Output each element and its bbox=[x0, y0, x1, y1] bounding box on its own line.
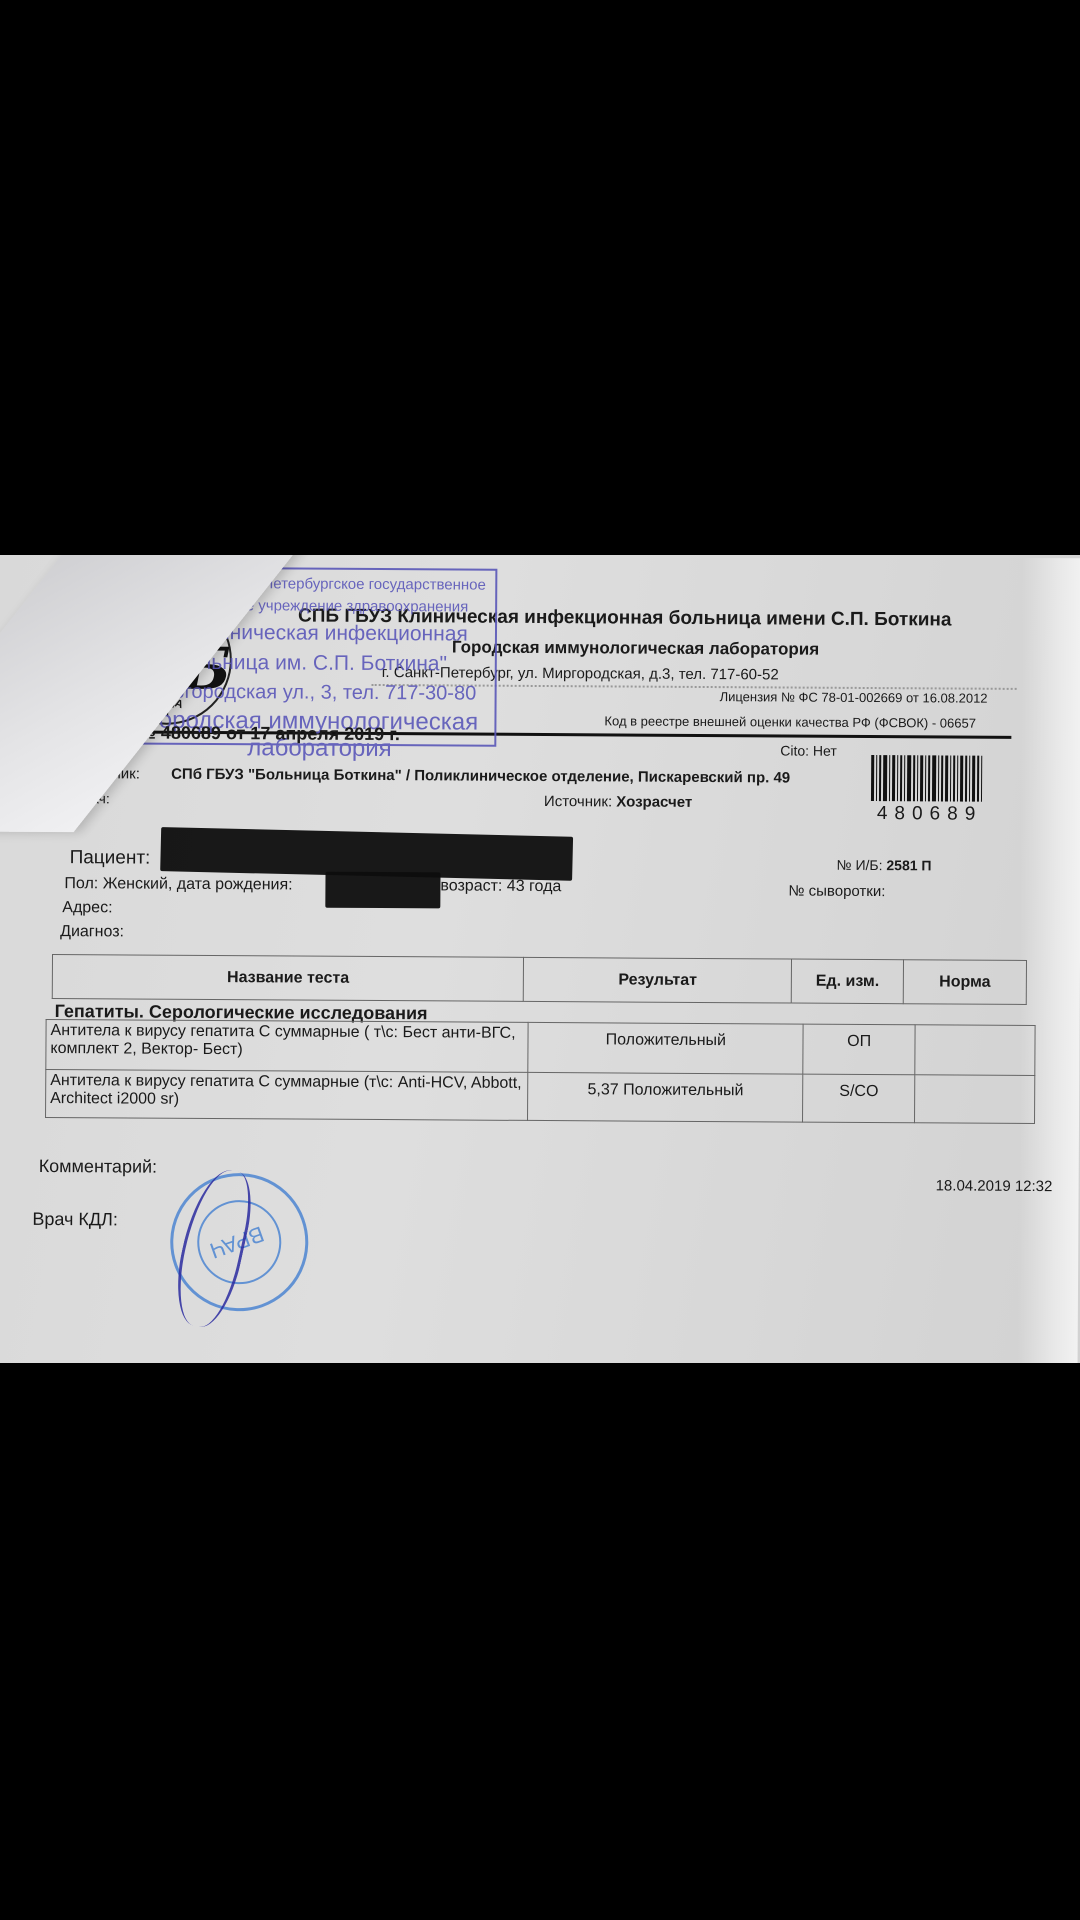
comment-label: Комментарий: bbox=[39, 1156, 158, 1178]
source-label: Источник: bbox=[544, 793, 612, 810]
column-unit: Ед. изм. bbox=[791, 959, 903, 1004]
ib-field: № И/Б: 2581 П bbox=[837, 857, 932, 874]
report-timestamp: 18.04.2019 12:32 bbox=[936, 1177, 1053, 1195]
license-text: Лицензия № ФС 78-01-002669 от 16.08.2012 bbox=[720, 689, 988, 706]
patient-sex: Пол: Женский, дата рождения: bbox=[64, 875, 292, 894]
test-result: 5,37 Положительный bbox=[528, 1072, 803, 1122]
test-result: Положительный bbox=[528, 1022, 803, 1074]
cito-value: Нет bbox=[813, 743, 837, 759]
customer-value: СПб ГБУЗ "Больница Боткина" / Поликлинич… bbox=[171, 766, 790, 787]
source-value: Хозрасчет bbox=[616, 793, 692, 810]
test-name: Антитела к вирусу гепатита С суммарные (… bbox=[46, 1019, 529, 1072]
source-field: Источник: Хозрасчет bbox=[544, 793, 692, 811]
table-row: Антитела к вирусу гепатита С суммарные (… bbox=[46, 1069, 1035, 1123]
patient-age: возраст: 43 года bbox=[440, 877, 561, 896]
column-test-name: Название теста bbox=[52, 955, 524, 1002]
column-norm: Норма bbox=[903, 960, 1026, 1005]
address-label: Адрес: bbox=[62, 899, 112, 917]
test-unit: S/CO bbox=[803, 1074, 915, 1123]
test-norm bbox=[915, 1075, 1035, 1124]
patient-label: Пациент: bbox=[70, 847, 151, 869]
stamp-line: больница им. С.П. Боткина" bbox=[176, 651, 447, 677]
cito-field: Cito: Нет bbox=[780, 742, 837, 758]
stamp-line: Миргородская ул., 3, тел. 717-30-80 bbox=[146, 681, 477, 706]
test-name: Антитела к вирусу гепатита С суммарные (… bbox=[46, 1069, 529, 1120]
column-result: Результат bbox=[524, 957, 792, 1003]
results-table: Антитела к вирусу гепатита С суммарные (… bbox=[45, 1019, 1036, 1124]
barcode-icon bbox=[871, 755, 983, 802]
lab-report-sheet: 1882 ББ БОЛЬНИЦА БОТКИНА Санкт-Петербург… bbox=[0, 555, 1080, 1363]
ib-value: 2581 П bbox=[886, 857, 931, 873]
serum-label: № сыворотки: bbox=[788, 883, 885, 901]
test-norm bbox=[915, 1025, 1035, 1076]
table-row: Антитела к вирусу гепатита С суммарные (… bbox=[46, 1019, 1035, 1075]
test-unit: ОП bbox=[803, 1024, 915, 1075]
ib-label: № И/Б: bbox=[837, 857, 883, 873]
lab-title: Городская иммунологическая лаборатория bbox=[452, 637, 819, 659]
lab-doctor-label: Врач КДЛ: bbox=[32, 1209, 118, 1231]
registry-code: Код в реестре внешней оценки качества РФ… bbox=[604, 713, 976, 730]
birth-date-redaction bbox=[325, 872, 440, 909]
barcode-number: 480689 bbox=[877, 803, 983, 826]
document-photo: 1882 ББ БОЛЬНИЦА БОТКИНА Санкт-Петербург… bbox=[0, 555, 1080, 1363]
cito-label: Cito: bbox=[780, 742, 809, 758]
results-table-header: Название теста Результат Ед. изм. Норма bbox=[52, 954, 1027, 1005]
diagnosis-label: Диагноз: bbox=[60, 923, 124, 941]
